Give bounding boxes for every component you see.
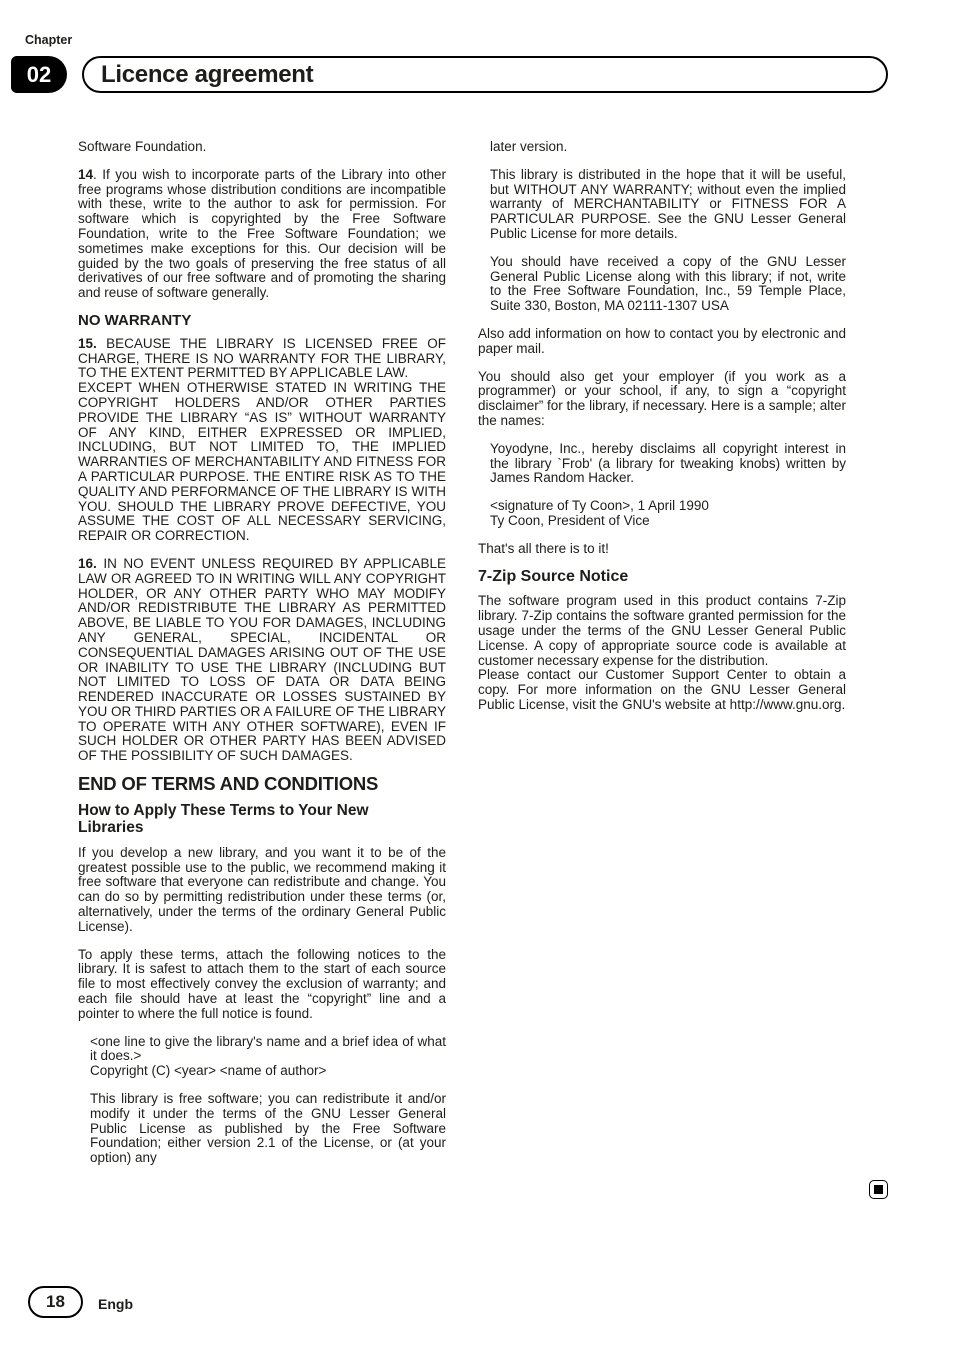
footer-language-label: Engb (98, 1296, 133, 1312)
clause-number-14: 14 (78, 167, 93, 182)
para-software-foundation: Software Foundation. (78, 140, 446, 155)
chapter-number: 02 (27, 62, 51, 88)
heading-no-warranty: NO WARRANTY (78, 314, 446, 329)
clause-number-15: 15. (78, 336, 97, 351)
para-thats-all: That's all there is to it! (478, 542, 846, 557)
para-clause-16: 16. IN NO EVENT UNLESS REQUIRED BY APPLI… (78, 557, 446, 764)
clause-15-text: BECAUSE THE LIBRARY IS LICENSED FREE OF … (78, 336, 446, 543)
chapter-number-badge: 02 (11, 56, 67, 93)
para-free-software-notice: This library is free software; you can r… (90, 1092, 446, 1166)
end-of-section-icon-fill (874, 1185, 883, 1194)
para-7zip-notice: The software program used in this produc… (478, 594, 846, 712)
page-number: 18 (46, 1292, 65, 1312)
para-signature-sample: <signature of Ty Coon>, 1 April 1990 Ty … (490, 499, 846, 529)
para-to-apply-terms: To apply these terms, attach the followi… (78, 948, 446, 1022)
left-column: Software Foundation. 14. If you wish to … (78, 140, 446, 1179)
page-number-badge: 18 (28, 1286, 83, 1318)
para-also-add-info: Also add information on how to contact y… (478, 327, 846, 357)
heading-end-of-terms: END OF TERMS AND CONDITIONS (78, 777, 446, 792)
manual-page: Chapter 02 Licence agreement Software Fo… (0, 0, 954, 1352)
para-later-version: later version. (490, 140, 846, 155)
heading-how-to-apply: How to Apply These Terms to Your New Lib… (78, 802, 446, 837)
end-of-section-icon (869, 1180, 888, 1199)
page-title: Licence agreement (101, 61, 313, 89)
para-distributed-in-hope: This library is distributed in the hope … (490, 168, 846, 242)
para-received-copy: You should have received a copy of the G… (490, 255, 846, 314)
chapter-title-box: Licence agreement (82, 56, 888, 93)
chapter-label: Chapter (25, 33, 72, 47)
para-yoyodyne-sample: Yoyodyne, Inc., hereby disclaims all cop… (490, 442, 846, 486)
heading-7zip-source-notice: 7-Zip Source Notice (478, 570, 846, 585)
right-column: later version. This library is distribut… (478, 140, 846, 726)
para-employer-disclaimer: You should also get your employer (if yo… (478, 370, 846, 429)
clause-number-16: 16. (78, 556, 97, 571)
para-if-you-develop: If you develop a new library, and you wa… (78, 846, 446, 935)
para-clause-14: 14. If you wish to incorporate parts of … (78, 168, 446, 301)
clause-16-text: IN NO EVENT UNLESS REQUIRED BY APPLICABL… (78, 556, 446, 763)
clause-14-text: . If you wish to incorporate parts of th… (78, 167, 446, 300)
para-clause-15: 15. BECAUSE THE LIBRARY IS LICENSED FREE… (78, 337, 446, 544)
para-notice-template: <one line to give the library's name and… (90, 1035, 446, 1079)
